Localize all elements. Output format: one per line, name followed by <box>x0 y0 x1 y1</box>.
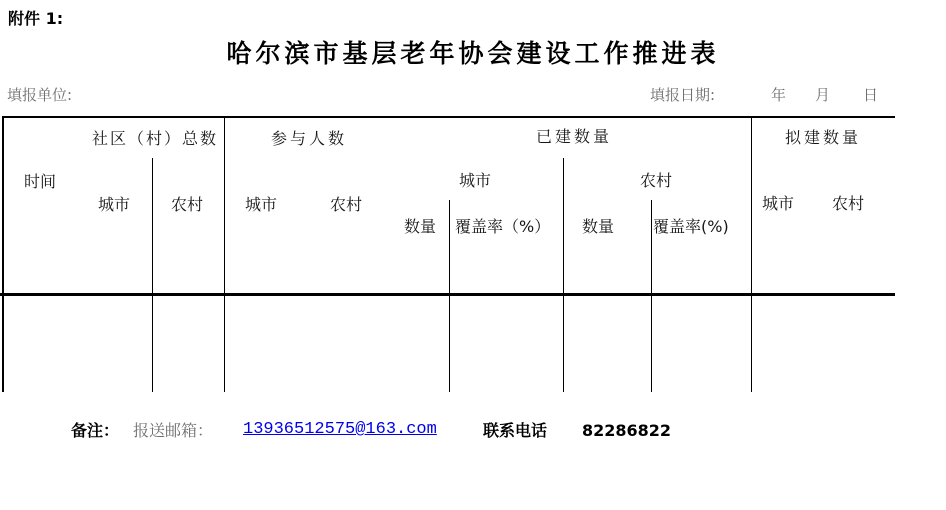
col-header-built-city-coverage: 覆盖率（%） <box>455 218 550 236</box>
col-header-built-city-quantity: 数量 <box>404 218 436 236</box>
phone-number: 82286822 <box>582 422 671 440</box>
day-label: 日 <box>863 87 878 104</box>
year-label: 年 <box>771 87 786 104</box>
col-header-built-rural-coverage: 覆盖率(%) <box>653 218 729 236</box>
col-header-time: 时间 <box>24 173 56 191</box>
email-link[interactable]: 13936512575@163.com <box>243 421 437 440</box>
reporting-unit-label: 填报单位: <box>7 87 72 104</box>
group-header-planned: 拟建数量 <box>785 129 861 147</box>
page-title: 哈尔滨市基层老年协会建设工作推进表 <box>0 40 946 68</box>
data-cell-time <box>2 296 152 392</box>
month-label: 月 <box>815 87 830 104</box>
phone-label: 联系电话 <box>483 422 547 440</box>
sub-header-built-rural: 农村 <box>640 172 672 190</box>
sub-header-participants-rural: 农村 <box>330 196 362 214</box>
remark-label: 备注： <box>71 422 119 440</box>
data-cell-built-rural-quantity <box>563 296 651 392</box>
data-cell-planned <box>751 296 895 392</box>
data-cell-community-city <box>152 296 224 392</box>
group-header-built: 已建数量 <box>536 128 612 146</box>
form-document-page: 附件 1: 哈尔滨市基层老年协会建设工作推进表 填报单位: 填报日期: 年 月 … <box>0 0 946 510</box>
sub-header-community-rural: 农村 <box>171 196 203 214</box>
data-cell-built-rural-coverage <box>651 296 751 392</box>
attachment-label: 附件 1: <box>8 10 63 28</box>
table-top-border <box>2 116 895 118</box>
report-date-label: 填报日期: <box>650 87 715 104</box>
sub-header-planned-city: 城市 <box>762 195 794 213</box>
col-header-built-rural-quantity: 数量 <box>582 218 614 236</box>
table-data-row <box>2 296 895 392</box>
group-header-community-total: 社区（村）总数 <box>92 130 218 148</box>
sub-header-planned-rural: 农村 <box>832 195 864 213</box>
sub-header-community-city: 城市 <box>98 196 130 214</box>
data-cell-built-city-coverage <box>449 296 563 392</box>
group-header-participants: 参与人数 <box>271 130 347 148</box>
sub-header-participants-city: 城市 <box>245 196 277 214</box>
data-cell-participants <box>224 296 449 392</box>
email-label: 报送邮箱： <box>133 422 213 440</box>
sub-header-built-city: 城市 <box>459 172 491 190</box>
